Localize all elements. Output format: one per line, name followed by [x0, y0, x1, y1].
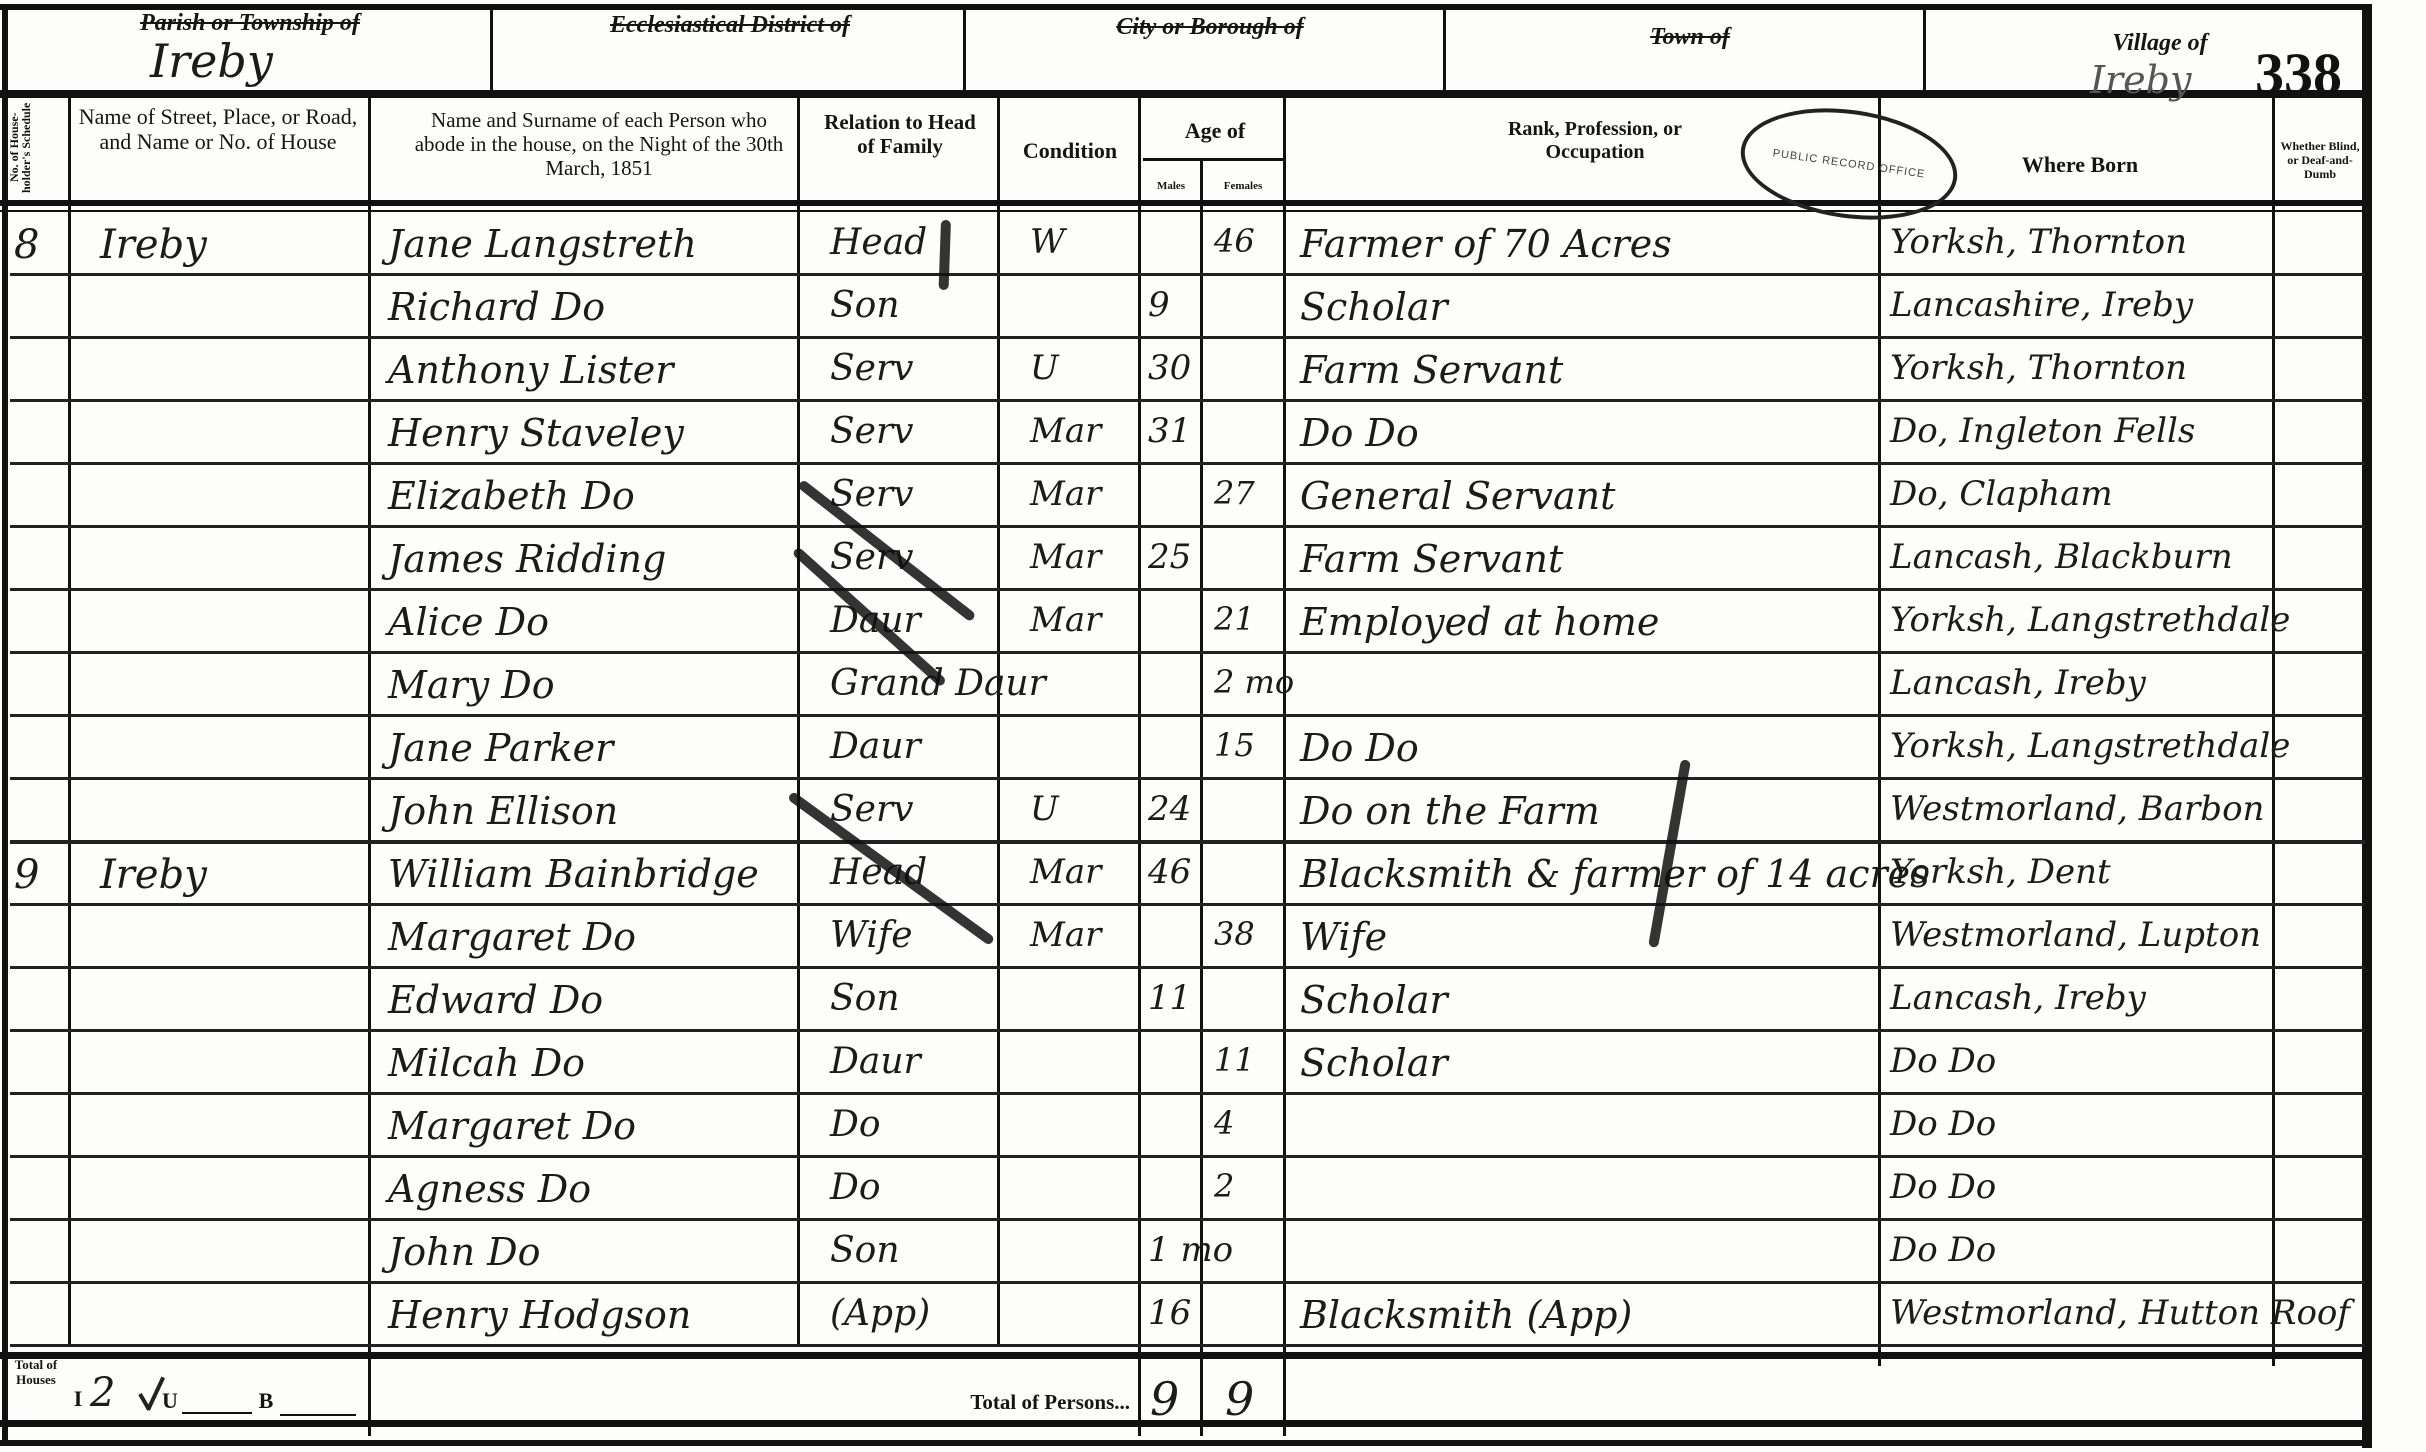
cell-occupation: General Servant	[1300, 474, 1615, 518]
cell-name: John Ellison	[388, 789, 618, 833]
cell-name: Milcah Do	[388, 1041, 585, 1085]
cell-where-born: Yorksh, Dent	[1890, 852, 2111, 892]
header-divider-4	[1923, 4, 1926, 94]
cell-condition: Mar	[1030, 411, 1101, 451]
cell-name: Margaret Do	[388, 1104, 636, 1148]
parish-value: Ireby	[150, 34, 273, 88]
header-divider-3	[1443, 4, 1446, 94]
cell-name: James Ridding	[388, 537, 666, 581]
cell-name: Anthony Lister	[388, 348, 673, 392]
cell-where-born: Westmorland, Barbon	[1890, 789, 2264, 829]
cell-name: William Bainbridge	[388, 852, 759, 896]
row-rule	[10, 651, 2365, 654]
col-header-schedule: No. of House-holder's Schedule	[8, 100, 66, 195]
total-houses-label: Total of Houses	[6, 1358, 66, 1388]
cell-where-born: Yorksh, Langstrethdale	[1890, 600, 2290, 640]
cell-occupation: Do Do	[1300, 411, 1419, 455]
cell-condition: U	[1030, 789, 1059, 829]
col-header-condition: Condition	[1005, 138, 1135, 163]
table-row: Agness DoDo2Do Do	[0, 1159, 2370, 1222]
cell-condition: Mar	[1030, 600, 1101, 640]
cell-condition: Mar	[1030, 537, 1101, 577]
table-row: Elizabeth DoServMar27General ServantDo, …	[0, 466, 2370, 529]
row-rule	[10, 1092, 2365, 1095]
cell-street: Ireby	[100, 852, 207, 898]
cell-female-age: 2	[1214, 1167, 1234, 1205]
cell-relation: Son	[830, 285, 900, 326]
total-persons-label: Total of Persons...	[900, 1390, 1130, 1414]
cell-where-born: Lancash, Ireby	[1890, 663, 2146, 703]
cell-occupation: Farm Servant	[1300, 348, 1563, 392]
folio-number: 338	[2255, 40, 2342, 107]
cell-relation: Do	[830, 1167, 881, 1208]
cell-occupation: Farm Servant	[1300, 537, 1563, 581]
cell-relation: Daur	[830, 726, 921, 767]
cell-where-born: Yorksh, Thornton	[1890, 222, 2187, 262]
cell-male-age: 30	[1148, 348, 1191, 388]
row-rule	[10, 777, 2365, 780]
cell-relation: Serv	[830, 474, 914, 515]
cell-occupation: Blacksmith & farmer of 14 acres	[1300, 852, 1930, 896]
col-header-age-of: Age of	[1150, 118, 1280, 143]
cell-name: Henry Hodgson	[388, 1293, 691, 1337]
cell-female-age: 38	[1214, 915, 1255, 953]
uninhabited-label: U	[160, 1388, 180, 1413]
cell-name: Mary Do	[388, 663, 555, 707]
cell-relation: Daur	[830, 1041, 921, 1082]
cell-schedule: 8	[14, 222, 39, 268]
row-rule	[10, 1155, 2365, 1158]
row-rule	[10, 525, 2365, 528]
cell-occupation: Do Do	[1300, 726, 1419, 770]
cell-relation: Son	[830, 978, 900, 1019]
building-label: B	[256, 1388, 276, 1413]
table-row: James RiddingServMar25Farm ServantLancas…	[0, 529, 2370, 592]
cell-relation: Serv	[830, 411, 914, 452]
header-band-bottom	[0, 90, 2370, 98]
census-page: Parish or Township of Ireby Ecclesiastic…	[0, 0, 2426, 1452]
village-label: Village of	[2060, 30, 2260, 58]
cell-occupation: Scholar	[1300, 978, 1448, 1022]
cell-where-born: Do Do	[1890, 1230, 1996, 1270]
cell-condition: Mar	[1030, 474, 1101, 514]
table-row: Jane ParkerDaur15Do DoYorksh, Langstreth…	[0, 718, 2370, 781]
cell-condition: U	[1030, 348, 1059, 388]
column-header-bottom	[0, 200, 2370, 206]
cell-where-born: Do, Clapham	[1890, 474, 2113, 514]
cell-occupation: Blacksmith (App)	[1300, 1293, 1632, 1337]
bottom-border	[0, 1440, 2372, 1446]
row-rule	[10, 714, 2365, 717]
cell-relation: (App)	[830, 1293, 930, 1334]
table-row: Alice DoDaurMar21Employed at homeYorksh,…	[0, 592, 2370, 655]
table-row: Henry StaveleyServMar31Do DoDo, Ingleton…	[0, 403, 2370, 466]
cell-street: Ireby	[100, 222, 207, 268]
row-rule	[10, 1344, 2365, 1347]
table-row: Margaret DoDo4Do Do	[0, 1096, 2370, 1159]
cell-where-born: Do Do	[1890, 1167, 1996, 1207]
table-row: Margaret DoWifeMar38WifeWestmorland, Lup…	[0, 907, 2370, 970]
cell-where-born: Lancash, Blackburn	[1890, 537, 2233, 577]
town-label: Town of	[1480, 24, 1900, 52]
totals-top-line	[0, 1352, 2370, 1359]
row-rule	[10, 462, 2365, 465]
inhabited-value: 2	[90, 1370, 115, 1416]
table-row: Richard DoSon9ScholarLancashire, Ireby	[0, 277, 2370, 340]
cell-schedule: 9	[14, 852, 39, 898]
column-header-bottom-2	[0, 210, 2370, 212]
row-rule	[10, 966, 2365, 969]
cell-name: John Do	[388, 1230, 540, 1274]
cell-female-age: 4	[1214, 1104, 1234, 1142]
cell-occupation: Scholar	[1300, 285, 1448, 329]
table-row: 8IrebyJane LangstrethHeadW46Farmer of 70…	[0, 214, 2370, 277]
cell-male-age: 46	[1148, 852, 1191, 892]
total-females: 9	[1225, 1372, 1254, 1426]
cell-where-born: Lancash, Ireby	[1890, 978, 2146, 1018]
cell-name: Richard Do	[388, 285, 605, 329]
cell-female-age: 46	[1214, 222, 1255, 260]
cell-where-born: Westmorland, Hutton Roof	[1890, 1293, 2350, 1333]
col-header-name: Name and Surname of each Person who abod…	[404, 108, 794, 180]
col-header-females: Females	[1204, 180, 1282, 193]
header-divider-1	[490, 4, 493, 94]
cell-occupation: Farmer of 70 Acres	[1300, 222, 1672, 266]
cell-male-age: 31	[1148, 411, 1191, 451]
col-header-occupation: Rank, Profession, or Occupation	[1490, 118, 1700, 164]
stamp-text: PUBLIC RECORD OFFICE	[1772, 147, 1926, 180]
cell-relation: Head	[830, 222, 927, 263]
cell-male-age: 1 mo	[1148, 1230, 1233, 1270]
table-row: Anthony ListerServU30Farm ServantYorksh,…	[0, 340, 2370, 403]
col-header-street: Name of Street, Place, or Road, and Name…	[78, 104, 358, 155]
cell-where-born: Lancashire, Ireby	[1890, 285, 2193, 325]
cell-where-born: Do Do	[1890, 1104, 1996, 1144]
table-row: Henry Hodgson(App)16Blacksmith (App)West…	[0, 1285, 2370, 1348]
col-header-where-born: Where Born	[1960, 152, 2200, 177]
col-header-relation: Relation to Head of Family	[820, 110, 980, 158]
cell-where-born: Do Do	[1890, 1041, 1996, 1081]
cell-where-born: Yorksh, Langstrethdale	[1890, 726, 2290, 766]
cell-where-born: Westmorland, Lupton	[1890, 915, 2261, 955]
col-header-males: Males	[1142, 180, 1200, 193]
uninhabited-blank	[182, 1412, 252, 1414]
cell-relation: Serv	[830, 789, 914, 830]
row-rule	[10, 1029, 2365, 1032]
cell-condition: Mar	[1030, 852, 1101, 892]
building-blank	[280, 1414, 356, 1416]
cell-female-age: 15	[1214, 726, 1255, 764]
age-of-divider	[1143, 158, 1283, 161]
table-row: 9IrebyWilliam BainbridgeHeadMar46Blacksm…	[0, 844, 2370, 907]
col-header-blind: Whether Blind, or Deaf-and-Dumb	[2278, 140, 2362, 181]
row-rule	[10, 273, 2365, 276]
cell-relation: Serv	[830, 348, 914, 389]
cell-male-age: 24	[1148, 789, 1191, 829]
row-rule	[10, 903, 2365, 906]
cell-male-age: 16	[1148, 1293, 1191, 1333]
cell-name: Jane Langstreth	[388, 222, 697, 266]
cell-occupation: Do on the Farm	[1300, 789, 1600, 833]
cell-relation: Son	[830, 1230, 900, 1271]
row-rule	[10, 1281, 2365, 1284]
cell-female-age: 2 mo	[1214, 663, 1294, 701]
cell-male-age: 9	[1148, 285, 1170, 325]
cell-occupation: Employed at home	[1300, 600, 1659, 644]
table-row: Mary DoGrand Daur2 moLancash, Ireby	[0, 655, 2370, 718]
cell-relation: Do	[830, 1104, 881, 1145]
cell-female-age: 27	[1214, 474, 1255, 512]
cell-condition: W	[1030, 222, 1065, 262]
table-row: John EllisonServU24Do on the FarmWestmor…	[0, 781, 2370, 844]
cell-occupation: Scholar	[1300, 1041, 1448, 1085]
row-rule	[10, 588, 2365, 591]
village-value: Ireby	[2090, 58, 2191, 102]
table-row: Edward DoSon11ScholarLancash, Ireby	[0, 970, 2370, 1033]
public-record-office-stamp: PUBLIC RECORD OFFICE	[1734, 95, 1965, 232]
cell-female-age: 21	[1214, 600, 1255, 638]
cell-name: Henry Staveley	[388, 411, 684, 455]
cell-where-born: Do, Ingleton Fells	[1890, 411, 2195, 451]
total-males: 9	[1150, 1372, 1179, 1426]
cell-name: Jane Parker	[388, 726, 613, 770]
table-row: John DoSon1 moDo Do	[0, 1222, 2370, 1285]
row-rule	[10, 336, 2365, 339]
totals-bottom-line	[0, 1420, 2370, 1427]
header-divider-2	[963, 4, 966, 94]
cell-name: Agness Do	[388, 1167, 591, 1211]
cell-occupation: Wife	[1300, 915, 1387, 959]
cell-name: Edward Do	[388, 978, 603, 1022]
cell-male-age: 11	[1148, 978, 1191, 1018]
cell-condition: Mar	[1030, 915, 1101, 955]
cell-where-born: Yorksh, Thornton	[1890, 348, 2187, 388]
cell-female-age: 11	[1214, 1041, 1255, 1079]
city-label: City or Borough of	[1000, 14, 1420, 42]
cell-name: Elizabeth Do	[388, 474, 635, 518]
cell-name: Alice Do	[388, 600, 549, 644]
inhabited-prefix: I	[70, 1386, 86, 1411]
table-row: Milcah DoDaur11ScholarDo Do	[0, 1033, 2370, 1096]
ecclesiastical-label: Ecclesiastical District of	[520, 12, 940, 40]
cell-relation: Wife	[830, 915, 913, 956]
row-rule	[10, 399, 2365, 402]
cell-name: Margaret Do	[388, 915, 636, 959]
cell-male-age: 25	[1148, 537, 1191, 577]
row-rule	[10, 1218, 2365, 1221]
